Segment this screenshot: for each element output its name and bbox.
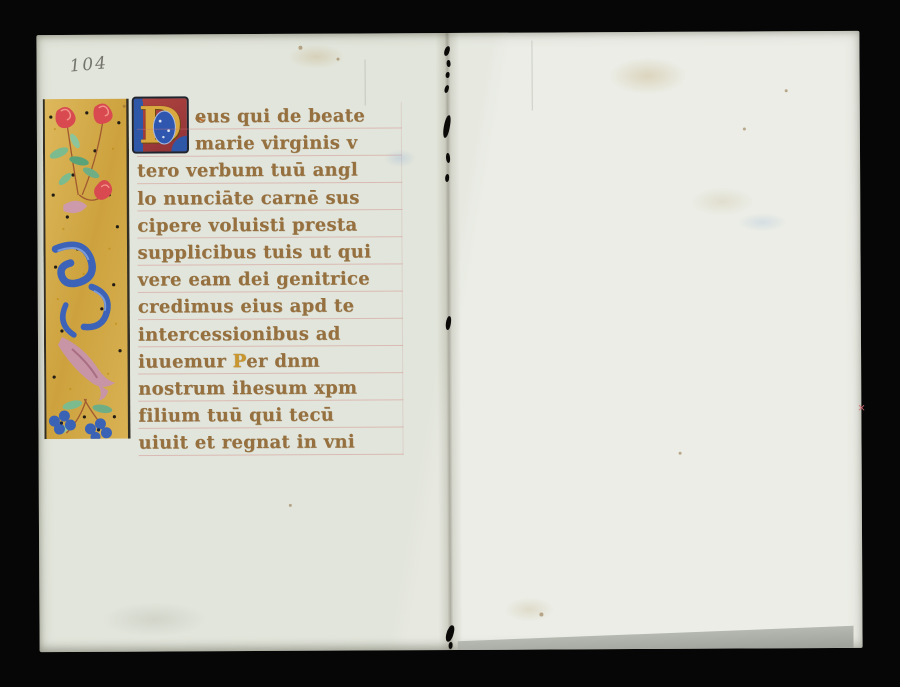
- foxing-speck: [337, 58, 340, 61]
- text-line: tero verbum tuū angl: [137, 157, 401, 186]
- text-line: supplicibus tuis ut qui: [137, 238, 401, 267]
- photograph-background: 104: [0, 0, 900, 687]
- vertical-ruling: [365, 59, 366, 105]
- gold-ground: [43, 99, 131, 439]
- text-line: iuuemur Per dnm: [138, 347, 402, 376]
- text-line: vere eam dei genitrice: [138, 265, 402, 294]
- text-line: eus qui de beate: [137, 102, 401, 131]
- foxing-speck: [679, 452, 682, 455]
- left-page: 104: [36, 33, 450, 652]
- text-line: marie virginis v: [137, 129, 401, 158]
- folio-number-left: 104: [69, 53, 109, 76]
- foxing-speck: [123, 105, 126, 108]
- foxing-speck: [785, 89, 788, 92]
- gold-letter: P: [233, 351, 246, 372]
- foxing-speck: [289, 504, 292, 507]
- manuscript-spread: 104: [36, 31, 862, 652]
- foxing-speck: [539, 613, 543, 617]
- illuminated-border: [43, 99, 131, 439]
- text-line: lo nunciāte carnē sus: [137, 184, 401, 213]
- text-segment: er dnm: [246, 350, 320, 371]
- foxing-speck: [743, 127, 746, 130]
- text-line: credimus eius apd te: [138, 293, 402, 322]
- red-correction-mark: ×: [857, 403, 883, 413]
- text-line: intercessionibus ad: [138, 320, 402, 349]
- text-segment: iuuemur: [138, 351, 233, 372]
- foxing-speck: [298, 46, 302, 50]
- text-line: filium tuū qui tecū: [138, 401, 402, 430]
- text-line: nostrum ihesum xpm: [138, 374, 402, 403]
- right-page: 181 diebus nostris Et tu puer propheta a…: [447, 31, 862, 650]
- left-text-block: eus qui de beate marie virginis v tero v…: [137, 102, 404, 457]
- text-line: cipere voluisti presta: [137, 211, 401, 240]
- text-line: uiuit et regnat in vni: [138, 428, 402, 457]
